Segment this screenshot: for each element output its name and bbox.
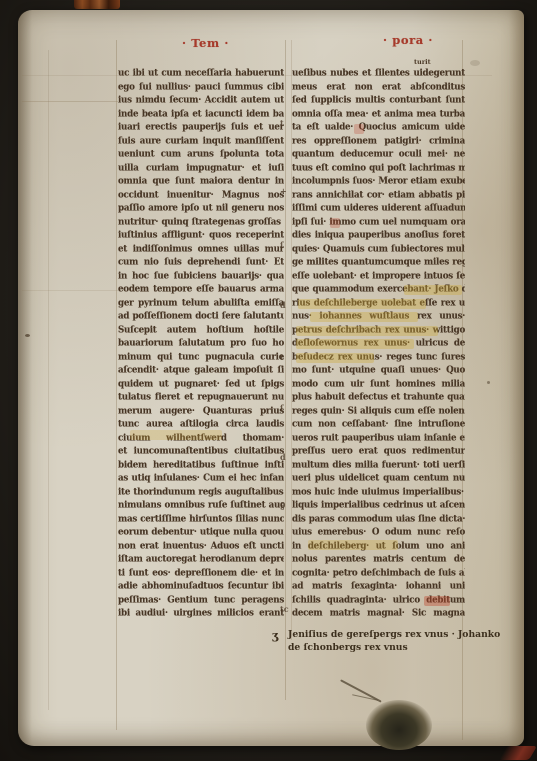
manuscript-text-line: uc ibi ut cum neceſſaria habuerunt bbox=[118, 67, 284, 81]
manuscript-text-line: non erat inuentus· Aduos eſt uncti bbox=[118, 540, 284, 554]
binding-headband bbox=[74, 0, 120, 9]
manuscript-text-line: bauariorum ſalutatum pro ſuo ho bbox=[118, 337, 284, 351]
running-header-left: · Tem · bbox=[182, 36, 229, 50]
photograph-background: · Tem · · pora · turit uc ibi ut cum nec… bbox=[0, 0, 537, 761]
manuscript-text-line: reges quin· Si aliquis cum eſſe nolens u… bbox=[292, 405, 465, 419]
manuscript-text-line: minum qui tunc pugnacula curie bbox=[118, 351, 284, 365]
manuscript-text-line: quantum deducemur oculi mei· ne bbox=[292, 148, 465, 162]
manuscript-text-line: ipſi ſui· immo cum uel numquam orat bbox=[292, 216, 465, 230]
manuscript-text-line: ger pyrinum telum abuliſta emiſſa bbox=[118, 297, 284, 311]
manuscript-text-line: uius emerebus· O odum nunc reſo bbox=[292, 526, 465, 540]
rubricated-touch bbox=[330, 218, 340, 228]
gutter-shadow bbox=[18, 10, 32, 746]
manuscript-text-line: inde beata ipſa et iacuncti idem ba bbox=[118, 108, 284, 122]
manuscript-text-line: nolus parentes matris centum de bbox=[292, 553, 465, 567]
manuscript-text-line: et indiſſonimus omnes uillas mur bbox=[118, 243, 284, 257]
manuscript-text-line: dies iniqua pauperibus anoſius foret bbox=[292, 229, 465, 243]
interlinear-note: turit bbox=[414, 58, 431, 66]
manuscript-text-line: uilla curiam impugnatur· et iuſi bbox=[118, 162, 284, 176]
manuscript-text-line: et iuncomunaſtentibus ciuitatibus bbox=[118, 445, 284, 459]
manuscript-text-line: meus erat non erat abſconditus bbox=[292, 81, 465, 95]
name-highlight-wash bbox=[130, 430, 222, 440]
manuscript-text-line: plus habuit defectus et trahunte quando bbox=[292, 391, 465, 405]
manuscript-text-line: nutritur· quinq ſtrategenas groſſas pro bbox=[118, 216, 284, 230]
footnote-line: de ſchonbergs rex vnus bbox=[288, 641, 408, 655]
manuscript-text-line: ſed ſupplicis multis conturbant ſunt bbox=[292, 94, 465, 108]
manuscript-text-line: ius nimdu ſecum· Accidit autem ut bbox=[118, 94, 284, 108]
manuscript-text-line: Suſcepit autem hoſtium hoſtile bbox=[118, 324, 284, 338]
margin-correction-mark: ſ bbox=[280, 240, 283, 250]
manuscript-text-line: merum augere· Quanturas prius bbox=[118, 405, 284, 419]
manuscript-text-line: eodem tempore eſſe bauarus arma bbox=[118, 283, 284, 297]
footnote-line: Jeniſius de gereſpergs rex vnus · Johank… bbox=[288, 628, 500, 642]
margin-correction-mark: 9 bbox=[280, 500, 286, 510]
manuscript-text-line: liquis imperialibus cedrinus ut aſcen bbox=[292, 499, 465, 513]
manuscript-text-line: iuſtinius affligunt· quos receperint bbox=[118, 229, 284, 243]
manuscript-text-line: mas certiſſime hirſuntos ſilias nunc bbox=[118, 513, 284, 527]
page-edge-stain bbox=[499, 746, 537, 760]
margin-correction-mark: + bbox=[280, 186, 287, 196]
manuscript-text-line: ego ſui nullius· pauci ſummus cibi bbox=[118, 81, 284, 95]
manuscript-text-line: cum non ceſſabant· ſine intruſione bbox=[292, 418, 465, 432]
manuscript-text-line: iuari erectis pauperijs ſuis et uer bbox=[118, 121, 284, 135]
manuscript-text-line: in hoc ſue ſubiciens bauarijs· qua bbox=[118, 270, 284, 284]
margin-correction-mark: t bbox=[280, 352, 284, 362]
manuscript-text-line: mo ſunt· utquine quaſi unues· Quo bbox=[292, 364, 465, 378]
manuscript-text-line: decem matris magnal· Sic magna bbox=[292, 607, 465, 621]
text-column-left: uc ibi ut cum neceſſaria habueruntego ſu… bbox=[118, 67, 284, 621]
manuscript-text-line: ueros ruit pauperibus uiam inſanie ex bbox=[292, 432, 465, 446]
manuscript-text-line: cum nio ſuis deprehendi ſunt· Et bbox=[118, 256, 284, 270]
manuscript-text-line: as utiq inſulanes· Cum ei hec infan bbox=[118, 472, 284, 486]
margin-correction-mark: d bbox=[280, 452, 286, 462]
manuscript-text-line: ad poſſeſſionem docti ſere ſalutantur bbox=[118, 310, 284, 324]
name-highlight-wash bbox=[296, 326, 438, 336]
manuscript-text-line: preſſus uero erat quos redimentur bbox=[292, 445, 465, 459]
manuscript-text-line: cognita· petro deſchimbach de ſuis ab bbox=[292, 567, 465, 581]
ruling-line-vertical bbox=[285, 40, 286, 700]
manuscript-text-line: mos huic inde uiuimus imperialibus· ut bbox=[292, 486, 465, 500]
name-highlight-wash bbox=[308, 540, 398, 550]
manuscript-text-line: ti ſunt eos· depreſſionem die· et in bbox=[118, 567, 284, 581]
manuscript-text-line: tulatus fieret et repugnauerunt nu bbox=[118, 391, 284, 405]
manuscript-text-line: omnia que ſunt maiora dentur in bbox=[118, 175, 284, 189]
margin-correction-mark: t bbox=[280, 118, 284, 128]
name-highlight-wash bbox=[298, 299, 426, 309]
manuscript-text-line: nimulans omnibus ruſe ſuſtinet aug bbox=[118, 499, 284, 513]
manuscript-text-line: ueſibus nubes et ſilentes uidegerunt bbox=[292, 67, 465, 81]
manuscript-text-line: eſſe uolebant· et impropere intuos ſeu bbox=[292, 270, 465, 284]
manuscript-text-line: occidunt inuenitur· Magnus nos bbox=[118, 189, 284, 203]
manuscript-text-line: ta eſt ualde· Quocius amicum uide bbox=[292, 121, 465, 135]
manuscript-text-line: ibi audiui· uirgines milicios erant bbox=[118, 607, 284, 621]
margin-correction-mark: tc bbox=[280, 604, 289, 614]
manuscript-text-line: eorum debentur· utique nulla quouis bbox=[118, 526, 284, 540]
manuscript-text-line: adie abhominuſadtuos ſecuntur ibi bbox=[118, 580, 284, 594]
fold-line bbox=[48, 50, 49, 710]
manuscript-text-line: paſſio amore ipſo ut nil generu nos bbox=[118, 202, 284, 216]
manuscript-text-line: ad matris ſexaginta· iohanni uni bbox=[292, 580, 465, 594]
rubricated-touch bbox=[424, 596, 450, 606]
manuscript-text-line: ueniunt cum aruns ſpolunta tota bbox=[118, 148, 284, 162]
manuscript-text-line: ge milites quantumcumque miles reges bbox=[292, 256, 465, 270]
manuscript-text-line: ite thorindunum regis auguſtalibus ba bbox=[118, 486, 284, 500]
ruling-line-horizontal bbox=[22, 101, 118, 102]
margin-correction-mark: ſ bbox=[280, 403, 283, 413]
manuscript-text-line: aſcendit· atque galeam impoſuit ſi bbox=[118, 364, 284, 378]
manuscript-text-line: iſſimi cum uideres uiderent aſſuadune bbox=[292, 202, 465, 216]
parchment-hole-damage bbox=[366, 700, 432, 750]
ink-speck bbox=[487, 381, 490, 384]
name-highlight-wash bbox=[404, 285, 462, 295]
manuscript-text-line: peſſimas· Gentium tunc peragens bbox=[118, 594, 284, 608]
manuscript-text-line: quies· Quamuis cum ſubiectores multa ui bbox=[292, 243, 465, 257]
margin-correction-mark: d bbox=[280, 300, 286, 310]
manuscript-text-line: incolumpnis ſuos· Meror etiam exube bbox=[292, 175, 465, 189]
name-highlight-wash bbox=[310, 312, 418, 322]
manuscript-text-line: rans annichilat cor· etiam abbatis pi bbox=[292, 189, 465, 203]
manuscript-text-line: ſuis aure curiam inquit manſiſſent bbox=[118, 135, 284, 149]
running-header-right: · pora · bbox=[383, 33, 433, 47]
manuscript-text-line: res oppreſſionem patigiri· crimina bbox=[292, 135, 465, 149]
manuscript-text-line: iſtam auctoregat herodianum depreca bbox=[118, 553, 284, 567]
footnote-paraph-mark: ʒ bbox=[272, 629, 278, 642]
manuscript-text-line: multum dies milia fuerunt· toti uerſi bbox=[292, 459, 465, 473]
ink-speck bbox=[25, 334, 30, 337]
manuscript-text-line: ueri plus uidelicet quam centum nu bbox=[292, 472, 465, 486]
rubricated-touch bbox=[354, 124, 364, 134]
name-highlight-wash bbox=[296, 353, 374, 363]
manuscript-text-line: dis paras commodum uias ſine dicta· bbox=[292, 513, 465, 527]
stain bbox=[470, 60, 480, 66]
manuscript-text-line: modo cum uir ſunt homines milia bbox=[292, 378, 465, 392]
manuscript-text-line: bidem hereditatibus ſuſtinue inſti bbox=[118, 459, 284, 473]
manuscript-text-line: omnia oſſa mea· et anima mea turba bbox=[292, 108, 465, 122]
manuscript-text-line: tuus eſt comino qui poſt lachrimas meo bbox=[292, 162, 465, 176]
ruling-line-horizontal bbox=[22, 290, 118, 291]
manuscript-text-line: quidem ut pugnaret· ſed ut ſpigs bbox=[118, 378, 284, 392]
ruling-line-vertical bbox=[116, 40, 117, 730]
name-highlight-wash bbox=[296, 339, 414, 349]
